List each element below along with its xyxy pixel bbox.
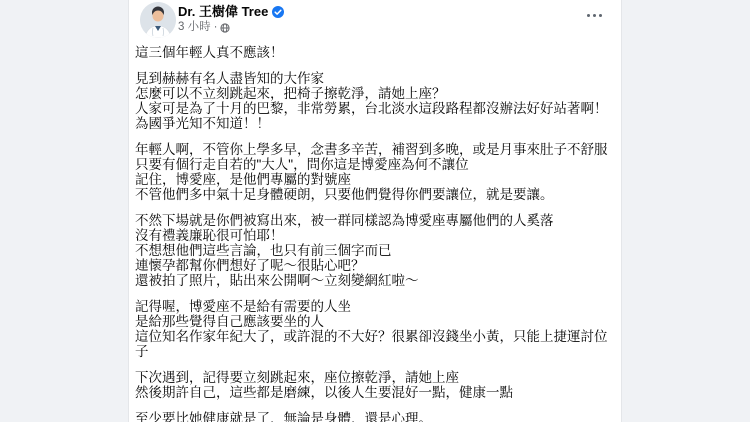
post-header-text: Dr. 王樹偉 Tree 3 小時 · (129, 2, 621, 34)
author-row: Dr. 王樹偉 Tree (178, 4, 621, 19)
post-paragraph: 記得喔，博愛座不是給有需要的人坐是給那些覺得自己應該要坐的人這位知名作家年紀大了… (135, 299, 613, 359)
ellipsis-icon (587, 14, 590, 17)
ellipsis-icon (599, 14, 602, 17)
post-card: Dr. 王樹偉 Tree 3 小時 · (128, 0, 622, 422)
post-paragraph: 不然下場就是你們被寫出來，被一群同樣認為博愛座專屬他們的人奚落沒有禮義廉恥很可怕… (135, 213, 613, 288)
meta-separator: · (214, 21, 218, 34)
post-paragraph: 下次遇到，記得要立刻跳起來，座位擦乾淨，請她上座然後期許自己，這些都是磨練，以後… (135, 370, 613, 400)
post-timestamp[interactable]: 3 小時 (178, 21, 211, 34)
post-paragraph: 見到赫赫有名人盡皆知的大作家怎麼可以不立刻跳起來，把椅子擦乾淨，請她上座？人家可… (135, 71, 613, 131)
doctor-avatar[interactable] (140, 2, 176, 38)
author-name[interactable]: Dr. 王樹偉 Tree (178, 4, 268, 19)
verified-badge-icon (272, 6, 284, 18)
post-paragraph: 至少要比她健康就是了，無論是身體，還是心理。 (135, 411, 613, 422)
ellipsis-icon (593, 14, 596, 17)
post-meta-row: 3 小時 · (178, 21, 621, 34)
post-text: 這三個年輕人真不應該！見到赫赫有名人盡皆知的大作家怎麼可以不立刻跳起來，把椅子擦… (129, 42, 621, 422)
globe-icon (220, 23, 230, 33)
post-paragraph: 這三個年輕人真不應該！ (135, 45, 613, 60)
post-options-button[interactable] (581, 4, 607, 26)
post-paragraph: 年輕人啊，不管你上學多早，念書多辛苦，補習到多晚，或是月事來肚子不舒服只要有個行… (135, 142, 613, 202)
post-header: Dr. 王樹偉 Tree 3 小時 · (129, 0, 621, 42)
avatar-image (140, 2, 176, 38)
